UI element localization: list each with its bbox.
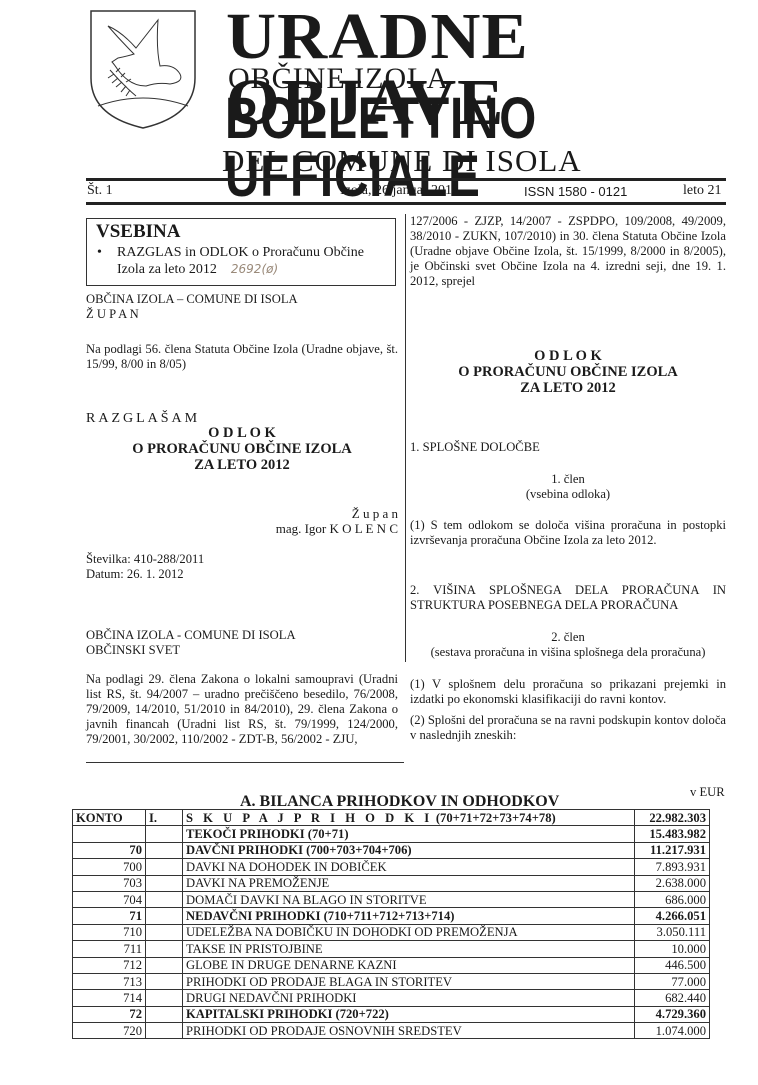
article-1-paragraph-1: (1) S tem odlokom se določa višina prora… (410, 518, 726, 548)
column-divider (405, 214, 406, 662)
table-row: TEKOČI PRIHODKI (70+71)15.483.982 (73, 826, 710, 842)
table-row: 712GLOBE IN DRUGE DENARNE KAZNI446.500 (73, 957, 710, 973)
council-issuer: OBČINA IZOLA - COMUNE DI ISOLA OBČINSKI … (86, 628, 398, 658)
table-row: 711TAKSE IN PRISTOJBINE10.000 (73, 941, 710, 957)
signature: Ž u p a n mag. Igor K O L E N C (86, 506, 398, 536)
proclaim: RAZGLAŠAM (86, 411, 398, 426)
issue-number: Št. 1 (87, 183, 113, 199)
issuer: OBČINA IZOLA – COMUNE DI ISOLA Ž U P A N (86, 292, 398, 322)
table-row: 70DAVČNI PRIHODKI (700+703+704+706)11.21… (73, 842, 710, 858)
table-row: 71NEDAVČNI PRIHODKI (710+711+712+713+714… (73, 908, 710, 924)
bullet-icon: • (97, 245, 117, 278)
contents-heading: VSEBINA (96, 221, 395, 243)
section-heading-1: 1. SPLOŠNE DOLOČBE (410, 440, 726, 455)
divider (86, 202, 726, 205)
table-header-row: KONTO I. S K U P A J P R I H O D K I (70… (73, 810, 710, 826)
contents-box: VSEBINA • RAZGLAS in ODLOK o Proračunu O… (86, 218, 396, 286)
table-row: 720PRIHODKI OD PRODAJE OSNOVNIH SREDSTEV… (73, 1023, 710, 1039)
table-row: 713PRIHODKI OD PRODAJE BLAGA IN STORITEV… (73, 973, 710, 989)
balance-table: KONTO I. S K U P A J P R I H O D K I (70… (72, 809, 710, 1039)
decree-title: O D L O K O PRORAČUNU OBČINE IZOLA ZA LE… (86, 425, 398, 473)
handwritten-note: 2692(ø) (231, 262, 278, 276)
issue-date: Izola, 26.januar 2012 (340, 183, 459, 199)
section-heading-2: 2. VIŠINA SPLOŠNEGA DELA PRORAČUNA IN ST… (410, 583, 726, 613)
table-row: 703DAVKI NA PREMOŽENJE2.638.000 (73, 875, 710, 891)
legal-basis: Na podlagi 56. člena Statuta Občine Izol… (86, 342, 398, 372)
contents-item[interactable]: • RAZGLAS in ODLOK o Proračunu Občine Iz… (97, 245, 387, 278)
issn: ISSN 1580 - 0121 (524, 184, 627, 200)
reference: Številka: 410-288/2011 Datum: 26. 1. 201… (86, 552, 398, 582)
divider (86, 762, 404, 763)
council-legal-basis: Na podlagi 29. člena Zakona o lokalni sa… (86, 672, 398, 747)
volume: leto 21 (683, 183, 722, 199)
table-row: 710UDELEŽBA NA DOBIČKU IN DOHODKI OD PRE… (73, 924, 710, 940)
table-row: 714DRUGI NEDAVČNI PRIHODKI682.440 (73, 990, 710, 1006)
currency-label: v EUR (690, 785, 725, 800)
article-1-heading: 1. člen (vsebina odloka) (410, 472, 726, 502)
legal-basis-continuation: 127/2006 - ZJZP, 14/2007 - ZSPDPO, 109/2… (410, 214, 726, 289)
table-row: 72KAPITALSKI PRIHODKI (720+722)4.729.360 (73, 1006, 710, 1022)
dove-coat-of-arms-icon (88, 8, 198, 130)
article-2-heading: 2. člen (sestava proračuna in višina spl… (410, 630, 726, 660)
decree-title: O D L O K O PRORAČUNU OBČINE IZOLA ZA LE… (410, 348, 726, 396)
table-row: 700DAVKI NA DOHODEK IN DOBIČEK7.893.931 (73, 859, 710, 875)
publication-subtitle-italian: DEL COMUNE DI ISOLA (222, 146, 582, 176)
divider (86, 178, 726, 181)
article-2-paragraph-2: (2) Splošni del proračuna se na ravni po… (410, 713, 726, 743)
table-row: 704DOMAČI DAVKI NA BLAGO IN STORITVE686.… (73, 891, 710, 907)
article-2-paragraph-1: (1) V splošnem delu proračuna so prikaza… (410, 677, 726, 707)
